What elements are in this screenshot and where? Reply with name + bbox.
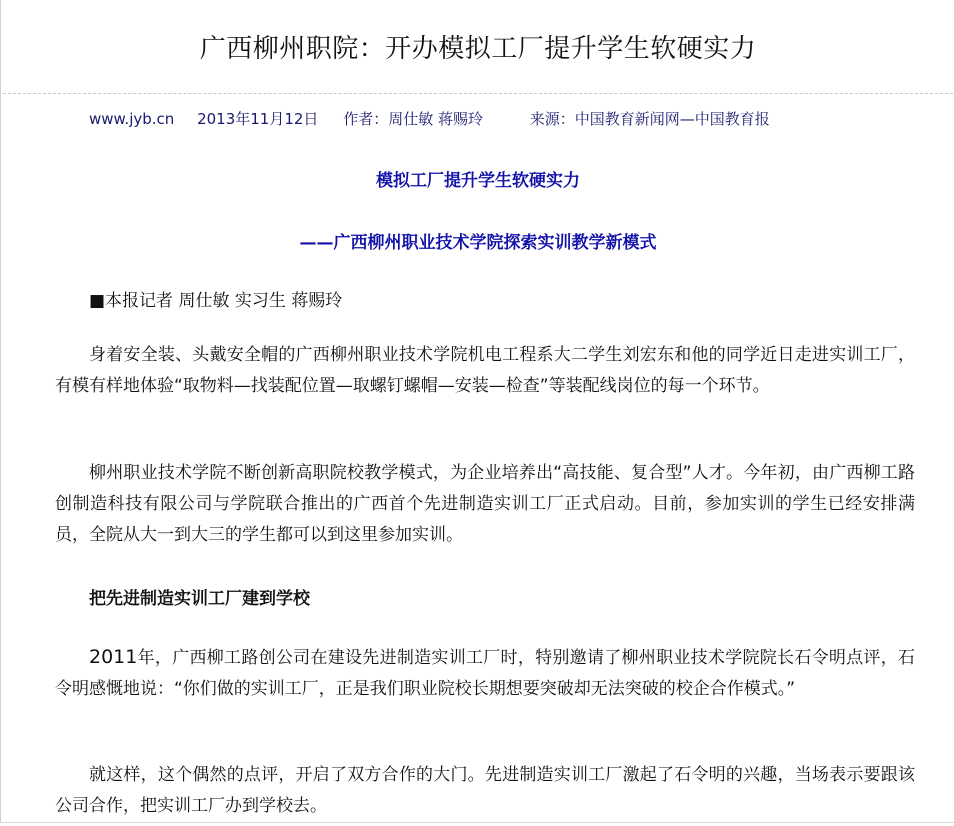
article-page: 广西柳州职院：开办模拟工厂提升学生软硬实力 www.jyb.cn 2013年11… bbox=[0, 0, 954, 823]
article-title: 广西柳州职院：开办模拟工厂提升学生软硬实力 bbox=[1, 28, 954, 65]
section-heading: 把先进制造实训工厂建到学校 bbox=[89, 584, 310, 609]
body-paragraph: 就这样，这个偶然的点评，开启了双方合作的大门。先进制造实训工厂激起了石令明的兴趣… bbox=[55, 760, 915, 822]
paragraph-text: 年，广西柳工路创公司在建设先进制造实训工厂时，特别邀请了柳州职业技术学院院长石令… bbox=[55, 648, 915, 699]
publish-date: 2013年11月12日 bbox=[197, 108, 318, 129]
body-paragraph: 柳州职业技术学院不断创新高职院校教学模式，为企业培养出“高技能、复合型”人才。今… bbox=[55, 458, 915, 551]
body-paragraph: 2011年，广西柳工路创公司在建设先进制造实训工厂时，特别邀请了柳州职业技术学院… bbox=[55, 642, 915, 705]
article-subtitle: 模拟工厂提升学生软硬实力 bbox=[1, 166, 954, 191]
year-lead: 2011 bbox=[89, 646, 137, 668]
article-subtitle-secondary: ——广西柳州职业技术学院探索实训教学新模式 bbox=[1, 228, 954, 253]
title-divider bbox=[3, 93, 953, 94]
site-link[interactable]: www.jyb.cn bbox=[89, 110, 174, 128]
reporter-byline: ■本报记者 周仕敏 实习生 蒋赐玲 bbox=[89, 286, 342, 311]
author-info: 作者：周仕敏 蒋赐玲 bbox=[343, 108, 483, 129]
body-paragraph: 身着安全装、头戴安全帽的广西柳州职业技术学院机电工程系大二学生刘宏东和他的同学近… bbox=[55, 340, 915, 402]
source-info: 来源：中国教育新闻网—中国教育报 bbox=[530, 108, 770, 129]
article-meta: www.jyb.cn 2013年11月12日 作者：周仕敏 蒋赐玲 来源：中国教… bbox=[89, 108, 770, 129]
